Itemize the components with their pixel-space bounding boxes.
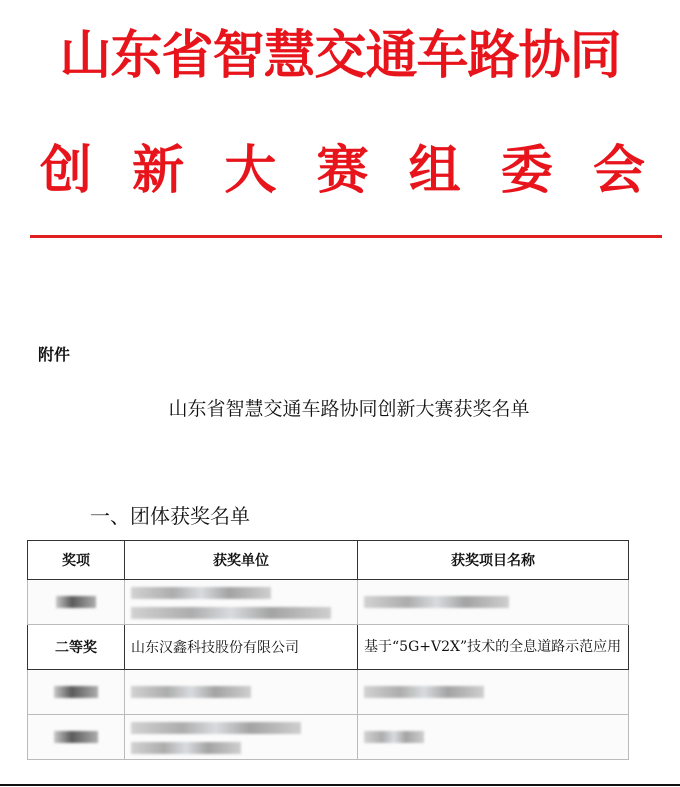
letterhead-char: 大 bbox=[224, 140, 276, 202]
awards-table: 奖项 获奖单位 获奖项目名称 二等奖 山东汉鑫科技股份有限公司 基于“5G+V2… bbox=[27, 540, 629, 760]
column-header-prize: 奖项 bbox=[28, 541, 125, 580]
letterhead-char: 赛 bbox=[316, 140, 368, 202]
redacted-unit-cell bbox=[125, 715, 358, 760]
attachment-label: 附件 bbox=[38, 342, 70, 365]
redacted-prize-cell bbox=[28, 670, 125, 715]
letterhead-char: 创 bbox=[40, 140, 92, 202]
redacted-prize-cell bbox=[28, 580, 125, 625]
unit-cell: 山东汉鑫科技股份有限公司 bbox=[125, 625, 358, 670]
table-row: 二等奖 山东汉鑫科技股份有限公司 基于“5G+V2X”技术的全息道路示范应用 bbox=[28, 625, 629, 670]
redacted-unit-cell bbox=[125, 580, 358, 625]
redacted-project-cell bbox=[358, 715, 629, 760]
letterhead-char: 组 bbox=[409, 140, 461, 202]
redacted-project-cell bbox=[358, 580, 629, 625]
redacted-unit-cell bbox=[125, 670, 358, 715]
letterhead-char: 委 bbox=[501, 140, 553, 202]
table-header-row: 奖项 获奖单位 获奖项目名称 bbox=[28, 541, 629, 580]
redacted-project-cell bbox=[358, 670, 629, 715]
column-header-project: 获奖项目名称 bbox=[358, 541, 629, 580]
section-heading: 一、团体获奖名单 bbox=[90, 500, 250, 529]
letterhead-char: 新 bbox=[132, 140, 184, 202]
page-bottom-rule bbox=[0, 784, 680, 786]
table-row bbox=[28, 715, 629, 760]
column-header-unit: 获奖单位 bbox=[125, 541, 358, 580]
project-cell: 基于“5G+V2X”技术的全息道路示范应用 bbox=[358, 625, 629, 670]
letterhead-char: 会 bbox=[593, 140, 645, 202]
prize-cell: 二等奖 bbox=[28, 625, 125, 670]
document-title: 山东省智慧交通车路协同创新大赛获奖名单 bbox=[0, 394, 680, 421]
letterhead-title-line1: 山东省智慧交通车路协同 bbox=[40, 26, 640, 86]
table-row bbox=[28, 580, 629, 625]
letterhead-divider bbox=[30, 235, 662, 238]
letterhead-title-line2: 创 新 大 赛 组 委 会 bbox=[40, 140, 645, 202]
table-row bbox=[28, 670, 629, 715]
redacted-prize-cell bbox=[28, 715, 125, 760]
